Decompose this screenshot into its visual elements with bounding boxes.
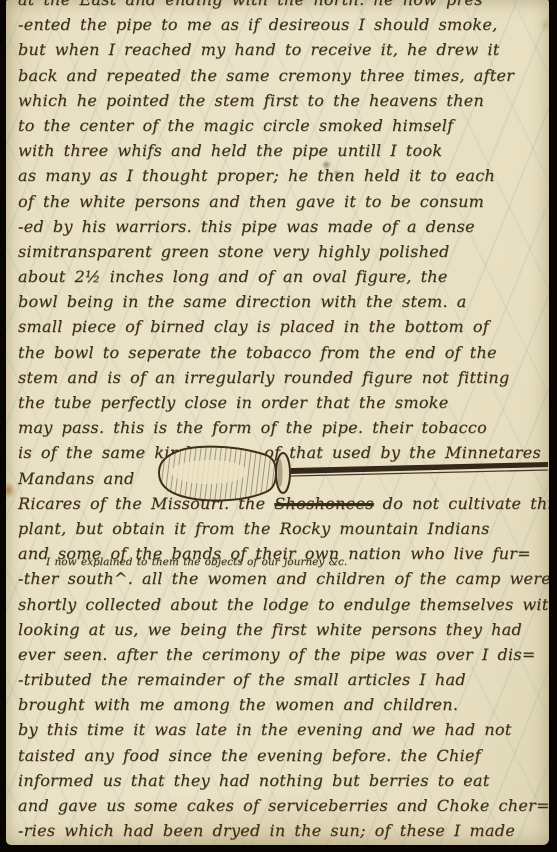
manuscript-line: with three whifs and held the pipe until…: [18, 138, 541, 163]
journal-page: at the East and ending with the north. h…: [6, 0, 549, 845]
pipe-caption-line: is of the same kind of that used by the …: [18, 440, 541, 465]
manuscript-line: of the white persons and then gave it to…: [18, 189, 541, 214]
manuscript-line: ever seen. after the cerimony of the pip…: [18, 642, 541, 667]
pipe-caption-left: is of the same kind: [18, 440, 191, 465]
manuscript-line: bowl being in the same direction with th…: [18, 289, 541, 314]
manuscript-line: at the East and ending with the north. h…: [18, 0, 541, 12]
manuscript-line: as many as I thought proper; he then hel…: [18, 163, 541, 188]
manuscript-line: informed us that they had nothing but be…: [18, 768, 541, 793]
manuscript-line: simitransparent green stone very highly …: [18, 239, 541, 264]
struck-word: Shoshonees: [274, 494, 374, 513]
manuscript-line: small piece of birned clay is placed in …: [18, 314, 541, 339]
manuscript-line: the tube perfectly close in order that t…: [18, 390, 541, 415]
manuscript-line: shortly collected about the lodge to end…: [18, 592, 541, 617]
struck-line-post: do not cultivate this: [374, 494, 549, 513]
struck-line-pre: Ricares of the Missouri. the: [18, 494, 274, 513]
manuscript-line: about 2½ inches long and of an oval figu…: [18, 264, 541, 289]
manuscript-line: plant, but obtain it from the Rocky moun…: [18, 516, 541, 541]
manuscript-line: -ented the pipe to me as if desireous I …: [18, 12, 541, 37]
manuscript-line: which he pointed the stem first to the h…: [18, 88, 541, 113]
manuscript-line: back and repeated the same cremony three…: [18, 63, 541, 88]
line-with-insertion: I now explained to them the objects of o…: [18, 566, 541, 591]
manuscript-line-fragment: a: [511, 839, 521, 845]
manuscript-line: to the center of the magic circle smoked…: [18, 113, 541, 138]
manuscript-line-text: -ther south^. all the women and children…: [18, 569, 549, 588]
manuscript-line: may pass. this is the form of the pipe. …: [18, 415, 541, 440]
interlined-insertion: I now explained to them the objects of o…: [46, 557, 347, 567]
manuscript-line: Mandans and: [18, 466, 541, 491]
manuscript-line: looking at us, we being the first white …: [18, 617, 541, 642]
manuscript-line: taisted any food since the evening befor…: [18, 743, 541, 768]
pipe-caption-right: of that used by the Minnetares: [264, 440, 541, 465]
manuscript-line: -tributed the remainder of the small art…: [18, 667, 541, 692]
manuscript-line: but when I reached my hand to receive it…: [18, 37, 541, 62]
manuscript-line: and gave us some cakes of serviceberries…: [18, 793, 541, 818]
manuscript-line: brought with me among the women and chil…: [18, 692, 541, 717]
struck-word-line: Ricares of the Missouri. the Shoshonees …: [18, 491, 541, 516]
manuscript-line: -ries which had been dryed in the sun; o…: [18, 818, 541, 843]
manuscript-line: stem and is of an irregularly rounded fi…: [18, 365, 541, 390]
manuscript-line: by this time it was late in the evening …: [18, 717, 541, 742]
manuscript-text: at the East and ending with the north. h…: [6, 0, 549, 845]
manuscript-line: -ed by his warriors. this pipe was made …: [18, 214, 541, 239]
manuscript-line: the bowl to seperate the tobacco from th…: [18, 340, 541, 365]
scan-frame: at the East and ending with the north. h…: [0, 0, 557, 852]
